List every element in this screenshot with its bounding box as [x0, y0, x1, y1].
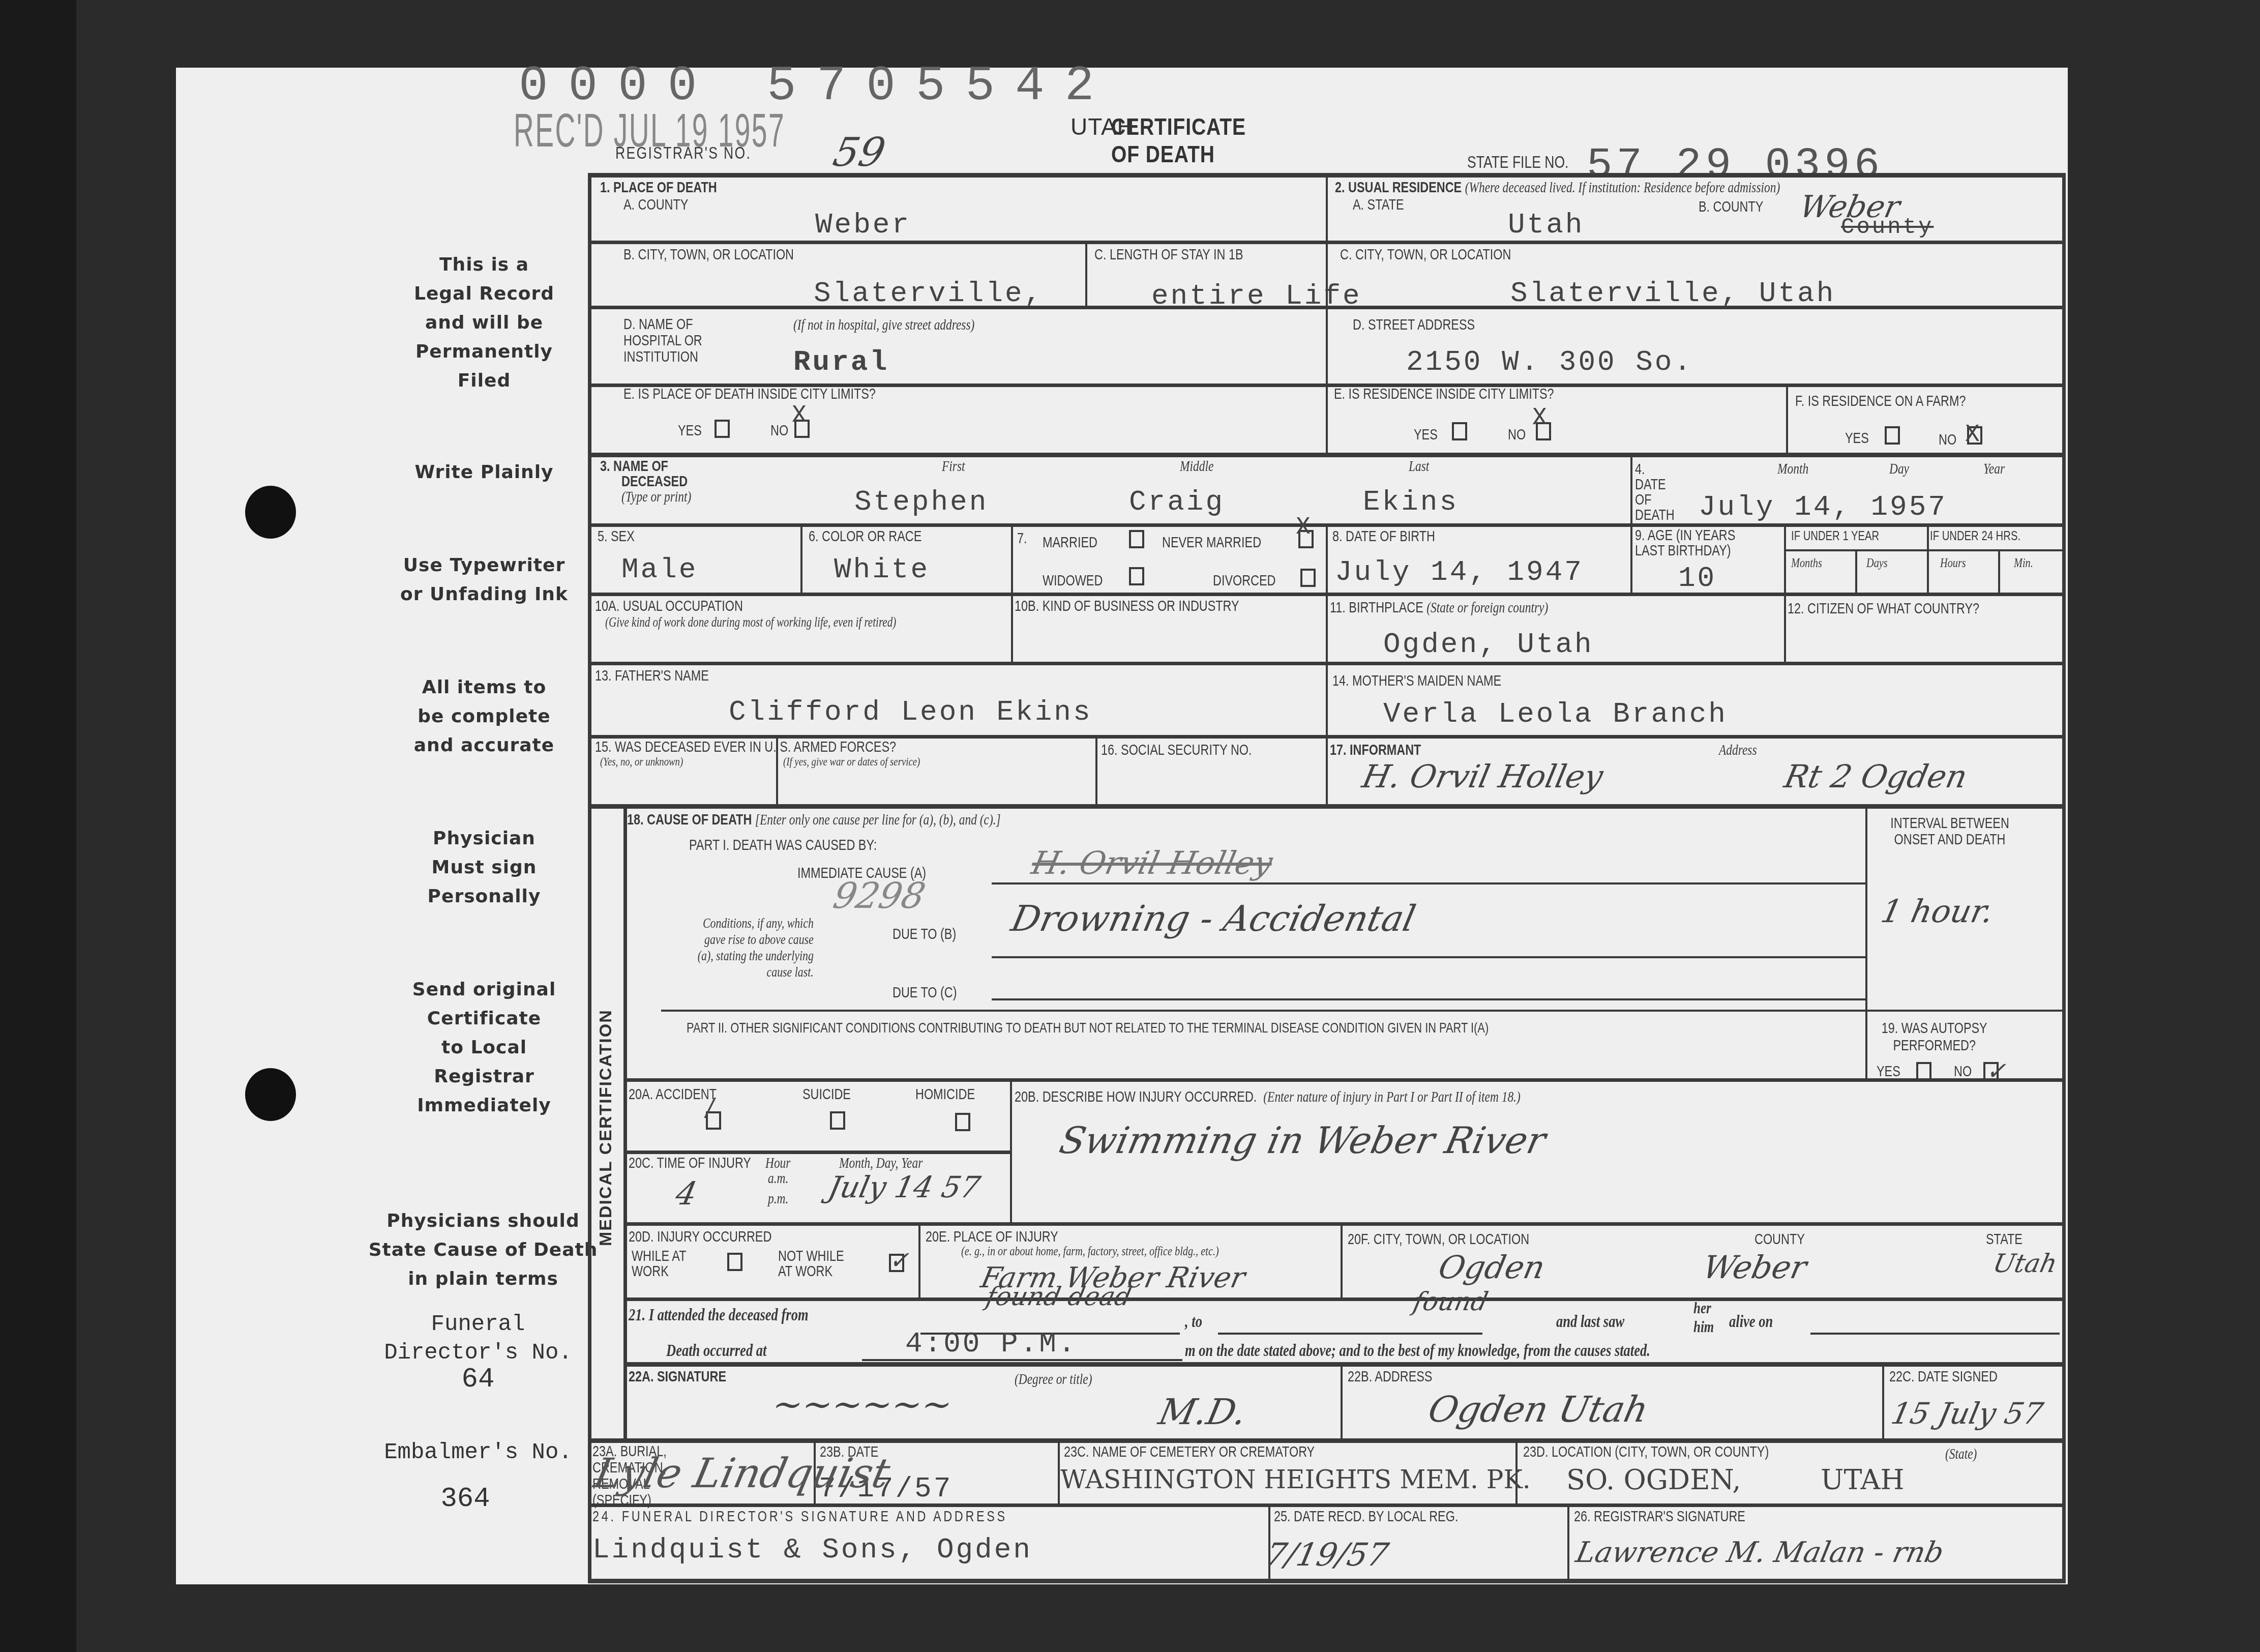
funeral-director-no-label: Funeral Director's No. — [369, 1310, 587, 1367]
col-line — [1085, 241, 1087, 306]
never-married-label: NEVER MARRIED — [1162, 534, 1261, 551]
part1-label: PART I. DEATH WAS CAUSED BY: — [689, 837, 877, 854]
col-line — [623, 804, 627, 1438]
attended-from-label: 21. I attended the deceased from — [629, 1306, 809, 1325]
hour-label: Hour — [765, 1155, 790, 1172]
col-line — [918, 1222, 920, 1297]
embalmer-no-label: Embalmer's No. — [369, 1438, 587, 1467]
no-label: NO — [1954, 1063, 1972, 1080]
medical-certification-label: MEDICAL CERTIFICATION — [596, 1009, 616, 1246]
injury-occurred-label: 20d. INJURY OCCURRED — [629, 1228, 771, 1246]
her-label: her — [1693, 1299, 1711, 1317]
no-label: NO — [1508, 426, 1526, 444]
divorced-checkbox[interactable] — [1300, 569, 1316, 587]
row-line — [623, 1362, 2066, 1367]
informant-field[interactable]: H. Orvil Holley — [1359, 758, 1607, 795]
birthplace-label: 11. BIRTHPLACE (State or foreign country… — [1330, 599, 1548, 616]
while-at-work-checkbox[interactable] — [727, 1253, 742, 1271]
cause-of-death-label: 18. CAUSE OF DEATH [Enter only one cause… — [627, 811, 1001, 829]
am-label: a.m. — [768, 1170, 788, 1187]
col-line — [1786, 383, 1788, 453]
citizenship-label: 12. CITIZEN OF WHAT COUNTRY? — [1788, 600, 1979, 617]
checkmark-x-icon: X — [1965, 421, 1980, 449]
funeral-director-signature-field[interactable]: Lyle Lindquist — [590, 1450, 894, 1497]
fathers-name-field[interactable]: Clifford Leon Ekins — [729, 696, 1092, 728]
residence-city-limits-yes-checkbox[interactable] — [1452, 422, 1467, 440]
sex-label: 5. SEX — [598, 528, 635, 545]
checkmark-x-icon: X — [1532, 404, 1547, 432]
punch-hole-bottom — [245, 1068, 296, 1121]
last-name-label: Last — [1409, 458, 1429, 475]
signature-label: 22a. SIGNATURE — [629, 1368, 726, 1385]
col-line — [1998, 549, 2000, 593]
armed-forces-hint-a: (Yes, no, or unknown) — [600, 755, 683, 769]
yes-label: YES — [678, 422, 702, 439]
sex-field[interactable]: Male — [621, 553, 698, 586]
date-of-death-field[interactable]: July 14, 1957 — [1699, 491, 1947, 523]
homicide-checkbox[interactable] — [955, 1113, 970, 1131]
hospital-field[interactable]: Rural — [793, 346, 889, 378]
last-saw-label: and last saw — [1556, 1312, 1624, 1332]
informant-address-field[interactable]: Rt 2 Ogden — [1781, 758, 1971, 795]
to-label: , to — [1185, 1312, 1202, 1332]
county-label: a. COUNTY — [623, 196, 688, 214]
col-line — [1341, 1362, 1343, 1438]
date-recd-field[interactable]: 7/19/57 — [1262, 1536, 1392, 1573]
occupation-label: 10a. USUAL OCCUPATION — [595, 598, 743, 615]
conditions-note: Conditions, if any, which gave rise to a… — [691, 916, 814, 981]
funeral-director-label: 24. FUNERAL DIRECTOR'S SIGNATURE AND ADD… — [592, 1508, 1007, 1525]
mothers-name-label: 14. MOTHER'S MAIDEN NAME — [1332, 672, 1501, 690]
col-line — [1010, 1078, 1012, 1222]
under-24-hrs-label: IF UNDER 24 HRS. — [1930, 528, 2020, 544]
accident-label: 20a. ACCIDENT — [629, 1086, 717, 1103]
yes-label: YES — [1845, 430, 1869, 447]
checkmark-icon: ✓ — [1986, 1057, 2006, 1085]
residence-county-struck: County — [1841, 215, 1934, 240]
first-name-field[interactable]: Stephen — [854, 486, 988, 518]
death-county-field[interactable]: Weber — [815, 209, 911, 241]
row-line — [623, 1078, 2066, 1082]
time-of-injury-label: 20c. TIME OF INJURY — [629, 1155, 751, 1172]
place-of-injury-hint: (e. g., in or about home, farm, factory,… — [961, 1244, 1247, 1259]
middle-name-label: Middle — [1180, 458, 1213, 475]
injury-state-field[interactable]: Utah — [1990, 1249, 2060, 1278]
note-send-original: Send original Certificate to Local Regis… — [375, 975, 593, 1120]
form-bottom-border — [588, 1579, 2066, 1583]
date-of-birth-field[interactable]: July 14, 1947 — [1335, 556, 1584, 588]
due-to-b-label: DUE TO (b) — [893, 926, 956, 943]
note-typewriter: Use Typewriter or Unfading Ink — [375, 551, 593, 609]
farm-yes-checkbox[interactable] — [1885, 426, 1900, 445]
describe-injury-field[interactable]: Swimming in Weber River — [1056, 1119, 1550, 1162]
mothers-name-field[interactable]: Verla Leola Branch — [1383, 698, 1728, 730]
col-line — [1058, 1438, 1060, 1503]
burial-state-label: (State) — [1945, 1445, 1977, 1463]
injury-county-label: COUNTY — [1755, 1231, 1805, 1248]
immediate-cause-struck: H. Orvil Holley — [1028, 844, 1276, 881]
cause-line-c — [992, 998, 1865, 1000]
length-of-stay-label: c. LENGTH OF STAY IN 1b — [1094, 246, 1243, 263]
year-label: Year — [1983, 460, 2005, 478]
date-of-death-label: 4. DATE OF DEATH — [1635, 462, 1667, 523]
days-label: Days — [1866, 555, 1888, 571]
physician-address-label: 22b. ADDRESS — [1348, 1368, 1432, 1385]
suicide-label: SUICIDE — [802, 1086, 851, 1103]
residence-state-field[interactable]: Utah — [1508, 209, 1584, 241]
state-file-label: STATE FILE NO. — [1467, 153, 1568, 172]
married-label: MARRIED — [1043, 534, 1097, 551]
part2-label: PART II. OTHER SIGNIFICANT CONDITIONS CO… — [687, 1020, 1489, 1036]
cause-code: 9298 — [829, 875, 929, 917]
hours-label: Hours — [1940, 555, 1966, 571]
suicide-checkbox[interactable] — [830, 1111, 845, 1130]
residence-city-field[interactable]: Slaterville, Utah — [1510, 277, 1835, 310]
col-line — [1630, 523, 1632, 593]
note-legal-record: This is a Legal Record and will be Perma… — [375, 250, 593, 395]
place-of-injury-label: 20e. PLACE OF INJURY — [926, 1228, 1058, 1246]
place-of-death-label: 1. PLACE OF DEATH — [600, 179, 717, 196]
yes-label: YES — [1414, 426, 1438, 444]
informant-address-label: Address — [1719, 742, 1757, 759]
col-line — [800, 523, 802, 593]
armed-forces-label: 15. WAS DECEASED EVER IN U. S. ARMED FOR… — [595, 739, 896, 756]
divorced-label: DIVORCED — [1213, 572, 1276, 589]
married-checkbox[interactable] — [1129, 530, 1144, 548]
col-line — [1011, 523, 1013, 662]
col-line — [1341, 1222, 1343, 1297]
col-line — [1095, 735, 1097, 804]
cause-line-a — [992, 882, 1865, 884]
armed-forces-hint-b: (If yes, give war or dates of service) — [783, 755, 920, 769]
injury-city-label: 20f. CITY, TOWN, OR LOCATION — [1348, 1231, 1529, 1248]
checkmark-x-icon: X — [792, 402, 807, 429]
cemetery-field[interactable]: WASHINGTON HEIGHTS MEM. PK. — [1060, 1465, 1531, 1494]
note-complete: All items to be complete and accurate — [375, 673, 593, 760]
first-name-label: First — [942, 458, 965, 475]
age-field[interactable]: 10 — [1678, 562, 1716, 595]
col-line — [1784, 523, 1786, 662]
funeral-director-no-value: 64 — [369, 1366, 587, 1394]
month-label: Month — [1777, 460, 1808, 478]
middle-name-field[interactable]: Craig — [1129, 486, 1225, 518]
death-occurred-at-label: Death occurred at — [666, 1341, 766, 1361]
registrar-signature-label: 26. REGISTRAR'S SIGNATURE — [1574, 1508, 1745, 1525]
months-label: Months — [1791, 555, 1822, 571]
row-line — [588, 1503, 2066, 1507]
row-line — [588, 804, 2066, 809]
checkmark-icon: ✓ — [889, 1246, 909, 1275]
col-line — [1326, 523, 1328, 804]
autopsy-yes-checkbox[interactable] — [1916, 1062, 1931, 1080]
checkmark-icon: / — [706, 1094, 714, 1122]
usual-residence-label: 2. USUAL RESIDENCE (Where deceased lived… — [1335, 179, 1780, 196]
death-time-field[interactable]: 4:00 P.M. — [905, 1327, 1077, 1360]
title-main: CERTIFICATE OF DEATH — [1111, 113, 1246, 168]
min-label: Min. — [2014, 555, 2033, 571]
date-recd-label: 25. DATE RECD. BY LOCAL REG. — [1274, 1508, 1458, 1525]
while-at-work-label: WHILE AT WORK — [632, 1249, 691, 1279]
farm-label: f. IS RESIDENCE ON A FARM? — [1795, 393, 1966, 410]
hospital-hint: (If not in hospital, give street address… — [793, 316, 974, 334]
row-line — [1784, 549, 2064, 551]
registrar-signature-field[interactable]: Lawrence M. Malan - rnb — [1573, 1536, 1947, 1569]
checkmark-x-icon: X — [1296, 514, 1311, 541]
registrars-no-label: REGISTRAR'S NO. — [615, 143, 751, 163]
hospital-label: d. NAME OF HOSPITAL OR INSTITUTION — [623, 316, 711, 365]
widowed-checkbox[interactable] — [1129, 567, 1144, 585]
pm-label: p.m. — [768, 1190, 788, 1207]
residence-county-label: b. COUNTY — [1699, 198, 1763, 216]
immediate-cause-field[interactable]: Drowning - Accidental — [1007, 898, 1419, 939]
interval-label: INTERVAL BETWEEN ONSET AND DEATH — [1870, 815, 2029, 848]
describe-injury-label: 20b. DESCRIBE HOW INJURY OCCURRED. (Ente… — [1015, 1088, 1521, 1106]
burial-location-field[interactable]: SO. OGDEN, — [1566, 1464, 1741, 1496]
occupation-hint: (Give kind of work done during most of w… — [605, 614, 899, 630]
note-physician-sign: Physician Must sign Personally — [375, 824, 593, 911]
autopsy-label: 19. WAS AUTOPSY PERFORMED? — [1869, 1020, 2000, 1054]
death-city-limits-label: e. IS PLACE OF DEATH INSIDE CITY LIMITS? — [623, 386, 876, 403]
row-line — [623, 1222, 2066, 1226]
mdy-label: Month, Day, Year — [839, 1155, 923, 1172]
injury-city-field[interactable]: Ogden — [1435, 1249, 1548, 1286]
death-city-field[interactable]: Slaterville, — [814, 277, 1043, 310]
homicide-label: HOMICIDE — [915, 1086, 975, 1103]
business-label: 10b. KIND OF BUSINESS OR INDUSTRY — [1015, 598, 1239, 615]
not-while-at-work-label: NOT WHILE AT WORK — [778, 1249, 846, 1279]
col-line — [1882, 1362, 1884, 1438]
burial-location-label: 23d. LOCATION (City, town, or county) — [1523, 1443, 1769, 1461]
city-label: b. CITY, TOWN, OR LOCATION — [623, 246, 794, 263]
injury-county-field[interactable]: Weber — [1700, 1249, 1810, 1286]
burial-state-field[interactable]: UTAH — [1821, 1464, 1905, 1496]
informant-label: 17. INFORMANT — [1330, 742, 1421, 759]
date-signed-label: 22c. DATE SIGNED — [1889, 1368, 1998, 1385]
death-city-limits-yes-checkbox[interactable] — [715, 420, 730, 438]
col-line — [1567, 1503, 1569, 1582]
registrars-no-value: 59 — [829, 130, 889, 175]
street-address-field[interactable]: 2150 W. 300 So. — [1406, 346, 1693, 378]
page-title: UTAH CERTIFICATE OF DEATH — [1070, 113, 1135, 140]
date-of-birth-label: 8. DATE OF BIRTH — [1332, 528, 1435, 545]
punch-hole-top — [245, 486, 296, 539]
row-line — [588, 453, 2066, 457]
no-label: NO — [1939, 431, 1956, 449]
col-line — [1927, 523, 1929, 593]
funeral-director-address-field[interactable]: Lindquist & Sons, Ogden — [592, 1533, 1032, 1566]
certification-statement: m on the date stated above; and to the b… — [1185, 1341, 1650, 1361]
cemetery-label: 23c. NAME OF CEMETERY OR CREMATORY — [1064, 1443, 1315, 1461]
marital-label: 7. — [1017, 530, 1027, 547]
degree-label: (Degree or title) — [1015, 1371, 1092, 1388]
attended-to-field[interactable]: found — [1411, 1287, 1491, 1316]
yes-label: YES — [1877, 1063, 1900, 1080]
physician-signature-field[interactable]: ~~~~~~ — [768, 1383, 956, 1425]
name-hint: (Type or print) — [621, 488, 691, 506]
col-line — [1855, 549, 1857, 593]
street-address-label: d. STREET ADDRESS — [1353, 316, 1475, 334]
interval-field[interactable]: 1 hour. — [1878, 893, 1997, 930]
name-label: 3. NAME OF — [600, 458, 668, 475]
day-label: Day — [1889, 460, 1909, 478]
row-line — [588, 1438, 2066, 1443]
residence-city-label: c. CITY, TOWN, OR LOCATION — [1340, 246, 1511, 263]
col-line — [1326, 173, 1328, 453]
autopsy-divider — [1865, 1010, 2066, 1012]
row-line — [623, 1297, 2066, 1301]
attended-from-field[interactable]: found dead — [984, 1282, 1135, 1311]
attended-to-line — [1218, 1333, 1482, 1335]
residence-city-limits-label: e. IS RESIDENCE INSIDE CITY LIMITS? — [1334, 386, 1554, 403]
birthplace-field[interactable]: Ogden, Utah — [1383, 628, 1594, 661]
due-to-c-label: DUE TO (c) — [893, 984, 957, 1001]
date-of-injury-field[interactable]: July 14 57 — [825, 1170, 984, 1204]
part2-divider — [661, 1010, 2066, 1012]
cause-line-b — [992, 956, 1865, 958]
length-of-stay-field[interactable]: entire Life — [1151, 280, 1362, 312]
no-label: NO — [770, 422, 788, 439]
ssn-label: 16. SOCIAL SECURITY NO. — [1101, 742, 1252, 759]
race-field[interactable]: White — [834, 553, 930, 586]
residence-state-label: a. STATE — [1353, 196, 1404, 214]
race-label: 6. COLOR OR RACE — [809, 528, 921, 545]
note-write-plainly: Write Plainly — [375, 458, 593, 487]
embalmer-no-value: 364 — [356, 1485, 575, 1514]
fathers-name-label: 13. FATHER'S NAME — [595, 667, 709, 685]
under-1-year-label: IF UNDER 1 YEAR — [1791, 528, 1879, 544]
physician-address-field[interactable]: Ogden Utah — [1424, 1389, 1652, 1430]
col-line — [1630, 453, 1632, 523]
physician-degree-field[interactable]: M.D. — [1155, 1391, 1250, 1433]
injury-state-label: STATE — [1986, 1231, 2023, 1248]
alive-on-label: alive on — [1729, 1312, 1773, 1332]
widowed-label: WIDOWED — [1043, 572, 1103, 589]
him-label: him — [1693, 1317, 1714, 1336]
scan-background — [0, 0, 76, 1652]
note-plain-terms: Physicians should State Cause of Death i… — [361, 1206, 605, 1293]
last-name-field[interactable]: Ekins — [1363, 486, 1459, 518]
age-label: 9. AGE (In years last birthday) — [1635, 528, 1738, 558]
date-signed-field[interactable]: 15 July 57 — [1888, 1396, 2046, 1431]
row-line — [623, 1150, 1010, 1154]
col-line — [1865, 804, 1867, 1078]
name-label-2: DECEASED — [621, 473, 688, 490]
alive-on-line — [1810, 1333, 2060, 1335]
